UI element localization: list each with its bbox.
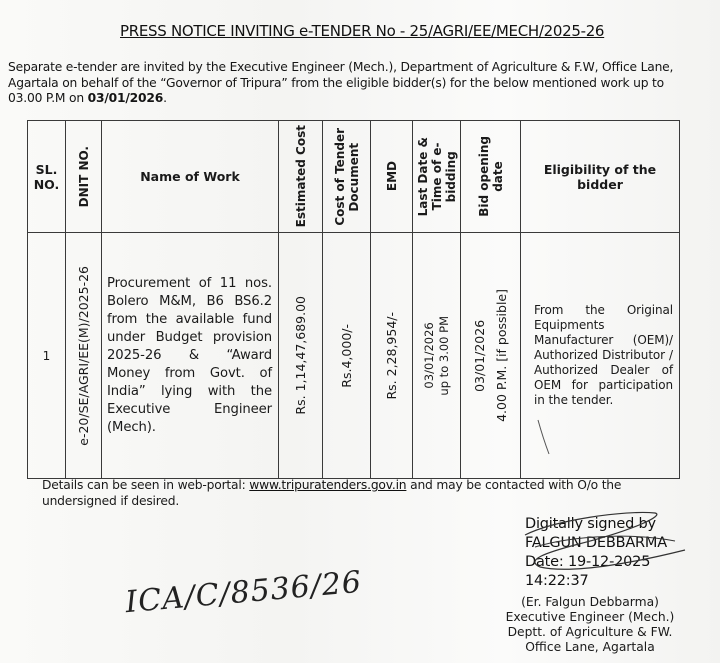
header-estimated-cost-text: Estimated Cost [294,125,308,227]
signatory-address: Office Lane, Agartala [490,640,690,655]
header-bid-opening-line1: Bid opening [477,136,491,217]
cell-cost-of-tender: Rs.4,000/- [323,233,371,479]
table-header-row: SL.NO. DNIT NO. Name of Work Estimated C… [28,121,680,233]
signatory-designation: Executive Engineer (Mech.) [490,610,690,625]
intro-end: . [163,91,167,105]
header-sl-no: SL.NO. [28,121,66,233]
cell-name-of-work-text: Procurement of 11 nos. Bolero M&M, B6 BS… [102,275,278,437]
header-name-of-work: Name of Work [102,121,279,233]
signatory-name: (Er. Falgun Debbarma) [490,595,690,610]
digital-signature-date: Date: 19-12-2025 [525,553,667,572]
intro-paragraph: Separate e-tender are invited by the Exe… [8,60,678,107]
cell-cost-of-tender-text: Rs.4,000/- [339,324,355,388]
pen-stroke-mark [535,418,555,458]
header-bid-opening: Bid openingdate [461,121,521,233]
cell-estimated-cost-text: Rs. 1,14,47,689.00 [293,296,309,415]
header-cost-line1: Cost of Tender [333,128,347,226]
header-eligibility-line2: bidder [577,177,623,192]
digital-signature-line1: Digitally signed by [525,515,667,534]
details-paragraph: Details can be seen in web-portal: www.t… [42,477,682,509]
cell-bid-opening-line1: 03/01/2026 [472,319,487,391]
cell-emd-text: Rs. 2,28,954/- [384,312,400,400]
details-prefix: Details can be seen in web-portal: [42,478,249,492]
cell-bid-opening-line2: 4.00 P.M. [if possible] [494,289,509,422]
header-emd-text: EMD [385,161,399,191]
cell-eligibility: From the Original Equipments Manufacture… [521,233,680,479]
header-emd: EMD [371,121,413,233]
cell-dnit-no-text: e-20/SE/AGRI/EE(M)/2025-26 [76,266,92,446]
cell-emd: Rs. 2,28,954/- [371,233,413,479]
cell-last-date-line2: up to 3.00 PM [437,316,451,396]
header-bid-opening-line2: date [491,161,505,192]
header-estimated-cost: Estimated Cost [279,121,323,233]
header-name-of-work-text: Name of Work [102,169,278,184]
digital-signature-time: 14:22:37 [525,572,667,591]
table-row: 1 e-20/SE/AGRI/EE(M)/2025-26 Procurement… [28,233,680,479]
press-notice-page: PRESS NOTICE INVITING e-TENDER No - 25/A… [0,0,720,663]
header-eligibility: Eligibility of thebidder [521,121,680,233]
header-dnit-no: DNIT NO. [66,121,102,233]
header-sl-no-line2: NO. [34,177,60,192]
cell-sl-no: 1 [28,233,66,479]
cell-last-date-line1: 03/01/2026 [422,322,436,388]
header-dnit-no-text: DNIT NO. [77,146,91,207]
header-last-date-line2: Time of e- [430,143,444,211]
cell-dnit-no: e-20/SE/AGRI/EE(M)/2025-26 [66,233,102,479]
header-cost-line2: Document [347,142,361,211]
signatory-department: Deptt. of Agriculture & FW. [490,625,690,640]
digital-signature-block: Digitally signed by FALGUN DEBBARMA Date… [525,515,667,591]
cell-bid-opening: 03/01/20264.00 P.M. [if possible] [461,233,521,479]
tender-portal-link[interactable]: www.tripuratenders.gov.in [249,478,406,492]
handwritten-reference-number: ICA/C/8536/26 [124,565,363,621]
cell-estimated-cost: Rs. 1,14,47,689.00 [279,233,323,479]
header-last-date-line1: Last Date & [416,137,430,216]
header-sl-no-line1: SL. [36,162,58,177]
tender-table: SL.NO. DNIT NO. Name of Work Estimated C… [27,120,680,479]
digital-signature-name: FALGUN DEBBARMA [525,534,667,553]
header-cost-of-tender: Cost of TenderDocument [323,121,371,233]
header-last-date: Last Date &Time of e-bidding [413,121,461,233]
cell-name-of-work: Procurement of 11 nos. Bolero M&M, B6 BS… [102,233,279,479]
intro-date: 03/01/2026 [88,91,163,105]
notice-title: PRESS NOTICE INVITING e-TENDER No - 25/A… [120,22,604,40]
header-last-date-line3: bidding [444,151,458,202]
cell-eligibility-text: From the Original Equipments Manufacture… [521,303,679,408]
header-eligibility-line1: Eligibility of the [544,162,656,177]
signatory-block: (Er. Falgun Debbarma) Executive Engineer… [490,595,690,655]
cell-last-date: 03/01/2026up to 3.00 PM [413,233,461,479]
